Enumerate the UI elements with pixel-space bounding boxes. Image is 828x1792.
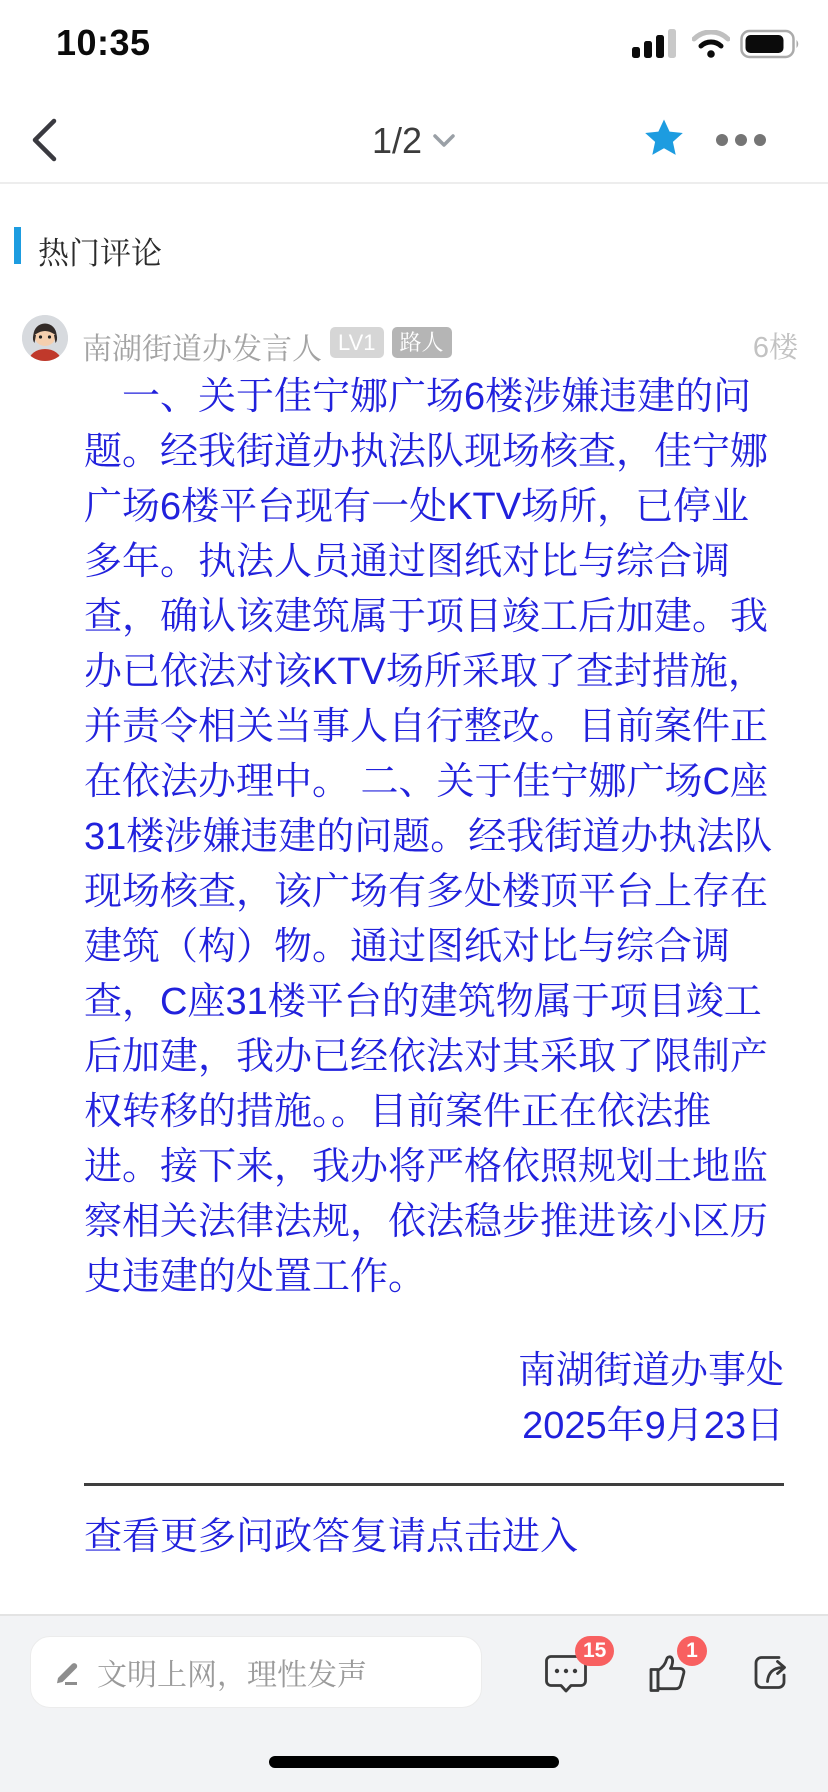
like-count-badge: 1 (677, 1636, 707, 1666)
signature-org: 南湖街道办事处 (84, 1344, 784, 1399)
floor-label: 6楼 (753, 325, 798, 366)
page-indicator: 1/2 (372, 120, 422, 162)
comment-input[interactable]: 文明上网，理性发声 (30, 1636, 482, 1708)
comment-signature: 南湖街道办事处 2025年9月23日 (84, 1344, 784, 1454)
section-accent-bar (14, 227, 21, 264)
app-screen: 10:35 (0, 0, 828, 1792)
pencil-icon (53, 1656, 85, 1688)
page-selector[interactable]: 1/2 (0, 118, 828, 164)
comment-username[interactable]: 南湖街道办发言人 (82, 324, 322, 368)
star-icon (642, 116, 686, 160)
section-title: 热门评论 (38, 228, 162, 273)
input-placeholder: 文明上网，理性发声 (97, 1650, 367, 1694)
share-forward-icon (748, 1650, 794, 1696)
comment-body: 一、关于佳宁娜广场6楼涉嫌违建的问题。经我街道办执法队现场核查，佳宁娜广场6楼平… (84, 370, 778, 1305)
like-button[interactable]: 1 (645, 1650, 691, 1696)
more-replies-link[interactable]: 查看更多问政答复请点击进入 (84, 1510, 578, 1565)
signature-date: 2025年9月23日 (84, 1399, 784, 1454)
nav-divider (0, 182, 828, 184)
role-badge: 路人 (392, 327, 452, 358)
user-badges: LV1 路人 (330, 327, 452, 358)
signal-icon (630, 28, 682, 60)
more-button[interactable] (716, 134, 766, 146)
share-button[interactable] (748, 1650, 794, 1696)
favorite-button[interactable] (642, 116, 686, 160)
home-indicator[interactable] (269, 1756, 559, 1768)
level-badge: LV1 (330, 327, 384, 358)
ellipsis-icon (716, 134, 728, 146)
comment-count-badge: 15 (575, 1636, 614, 1666)
avatar[interactable] (22, 315, 68, 361)
battery-icon (740, 29, 802, 59)
wifi-icon (692, 30, 730, 58)
status-icons (630, 28, 802, 60)
content-divider (84, 1483, 784, 1486)
chevron-down-icon (432, 133, 456, 149)
comments-button[interactable]: 15 (543, 1650, 589, 1696)
status-time: 10:35 (56, 22, 151, 64)
